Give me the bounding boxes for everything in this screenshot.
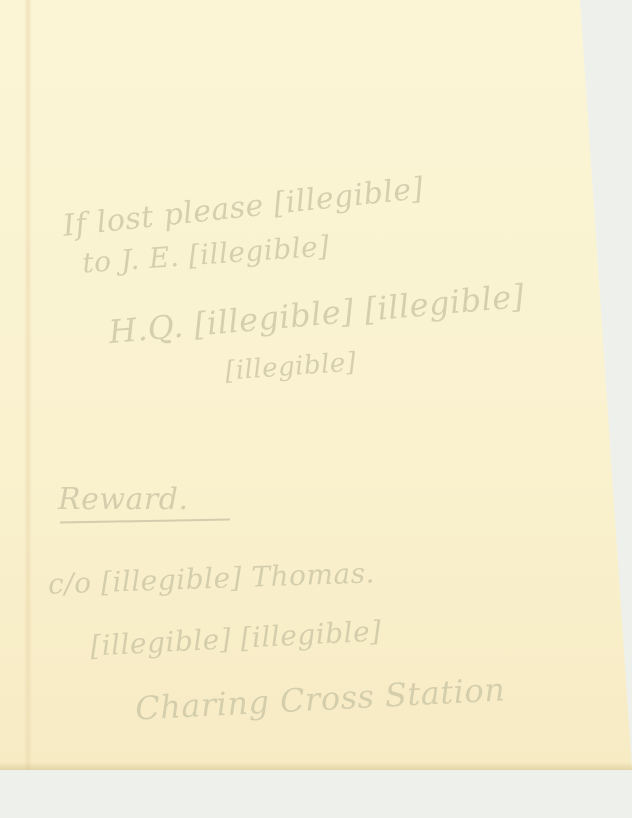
page-bottom-edge	[0, 762, 632, 770]
note-line-7: [illegible] [illegible]	[89, 614, 382, 662]
note-line-6: c/o [illegible] Thomas.	[48, 556, 376, 600]
page-fold-crease	[24, 0, 32, 770]
note-line-4: [illegible]	[224, 347, 357, 386]
photograph: If lost please [illegible] to J. E. [ill…	[0, 0, 632, 818]
note-reward-heading: Reward.	[58, 482, 189, 517]
reward-underline	[60, 519, 230, 524]
book-endpaper: If lost please [illegible] to J. E. [ill…	[0, 0, 632, 770]
note-line-8: Charing Cross Station	[134, 670, 506, 727]
note-line-1: If lost please [illegible]	[61, 171, 425, 244]
note-line-3: H.Q. [illegible] [illegible]	[107, 277, 526, 351]
